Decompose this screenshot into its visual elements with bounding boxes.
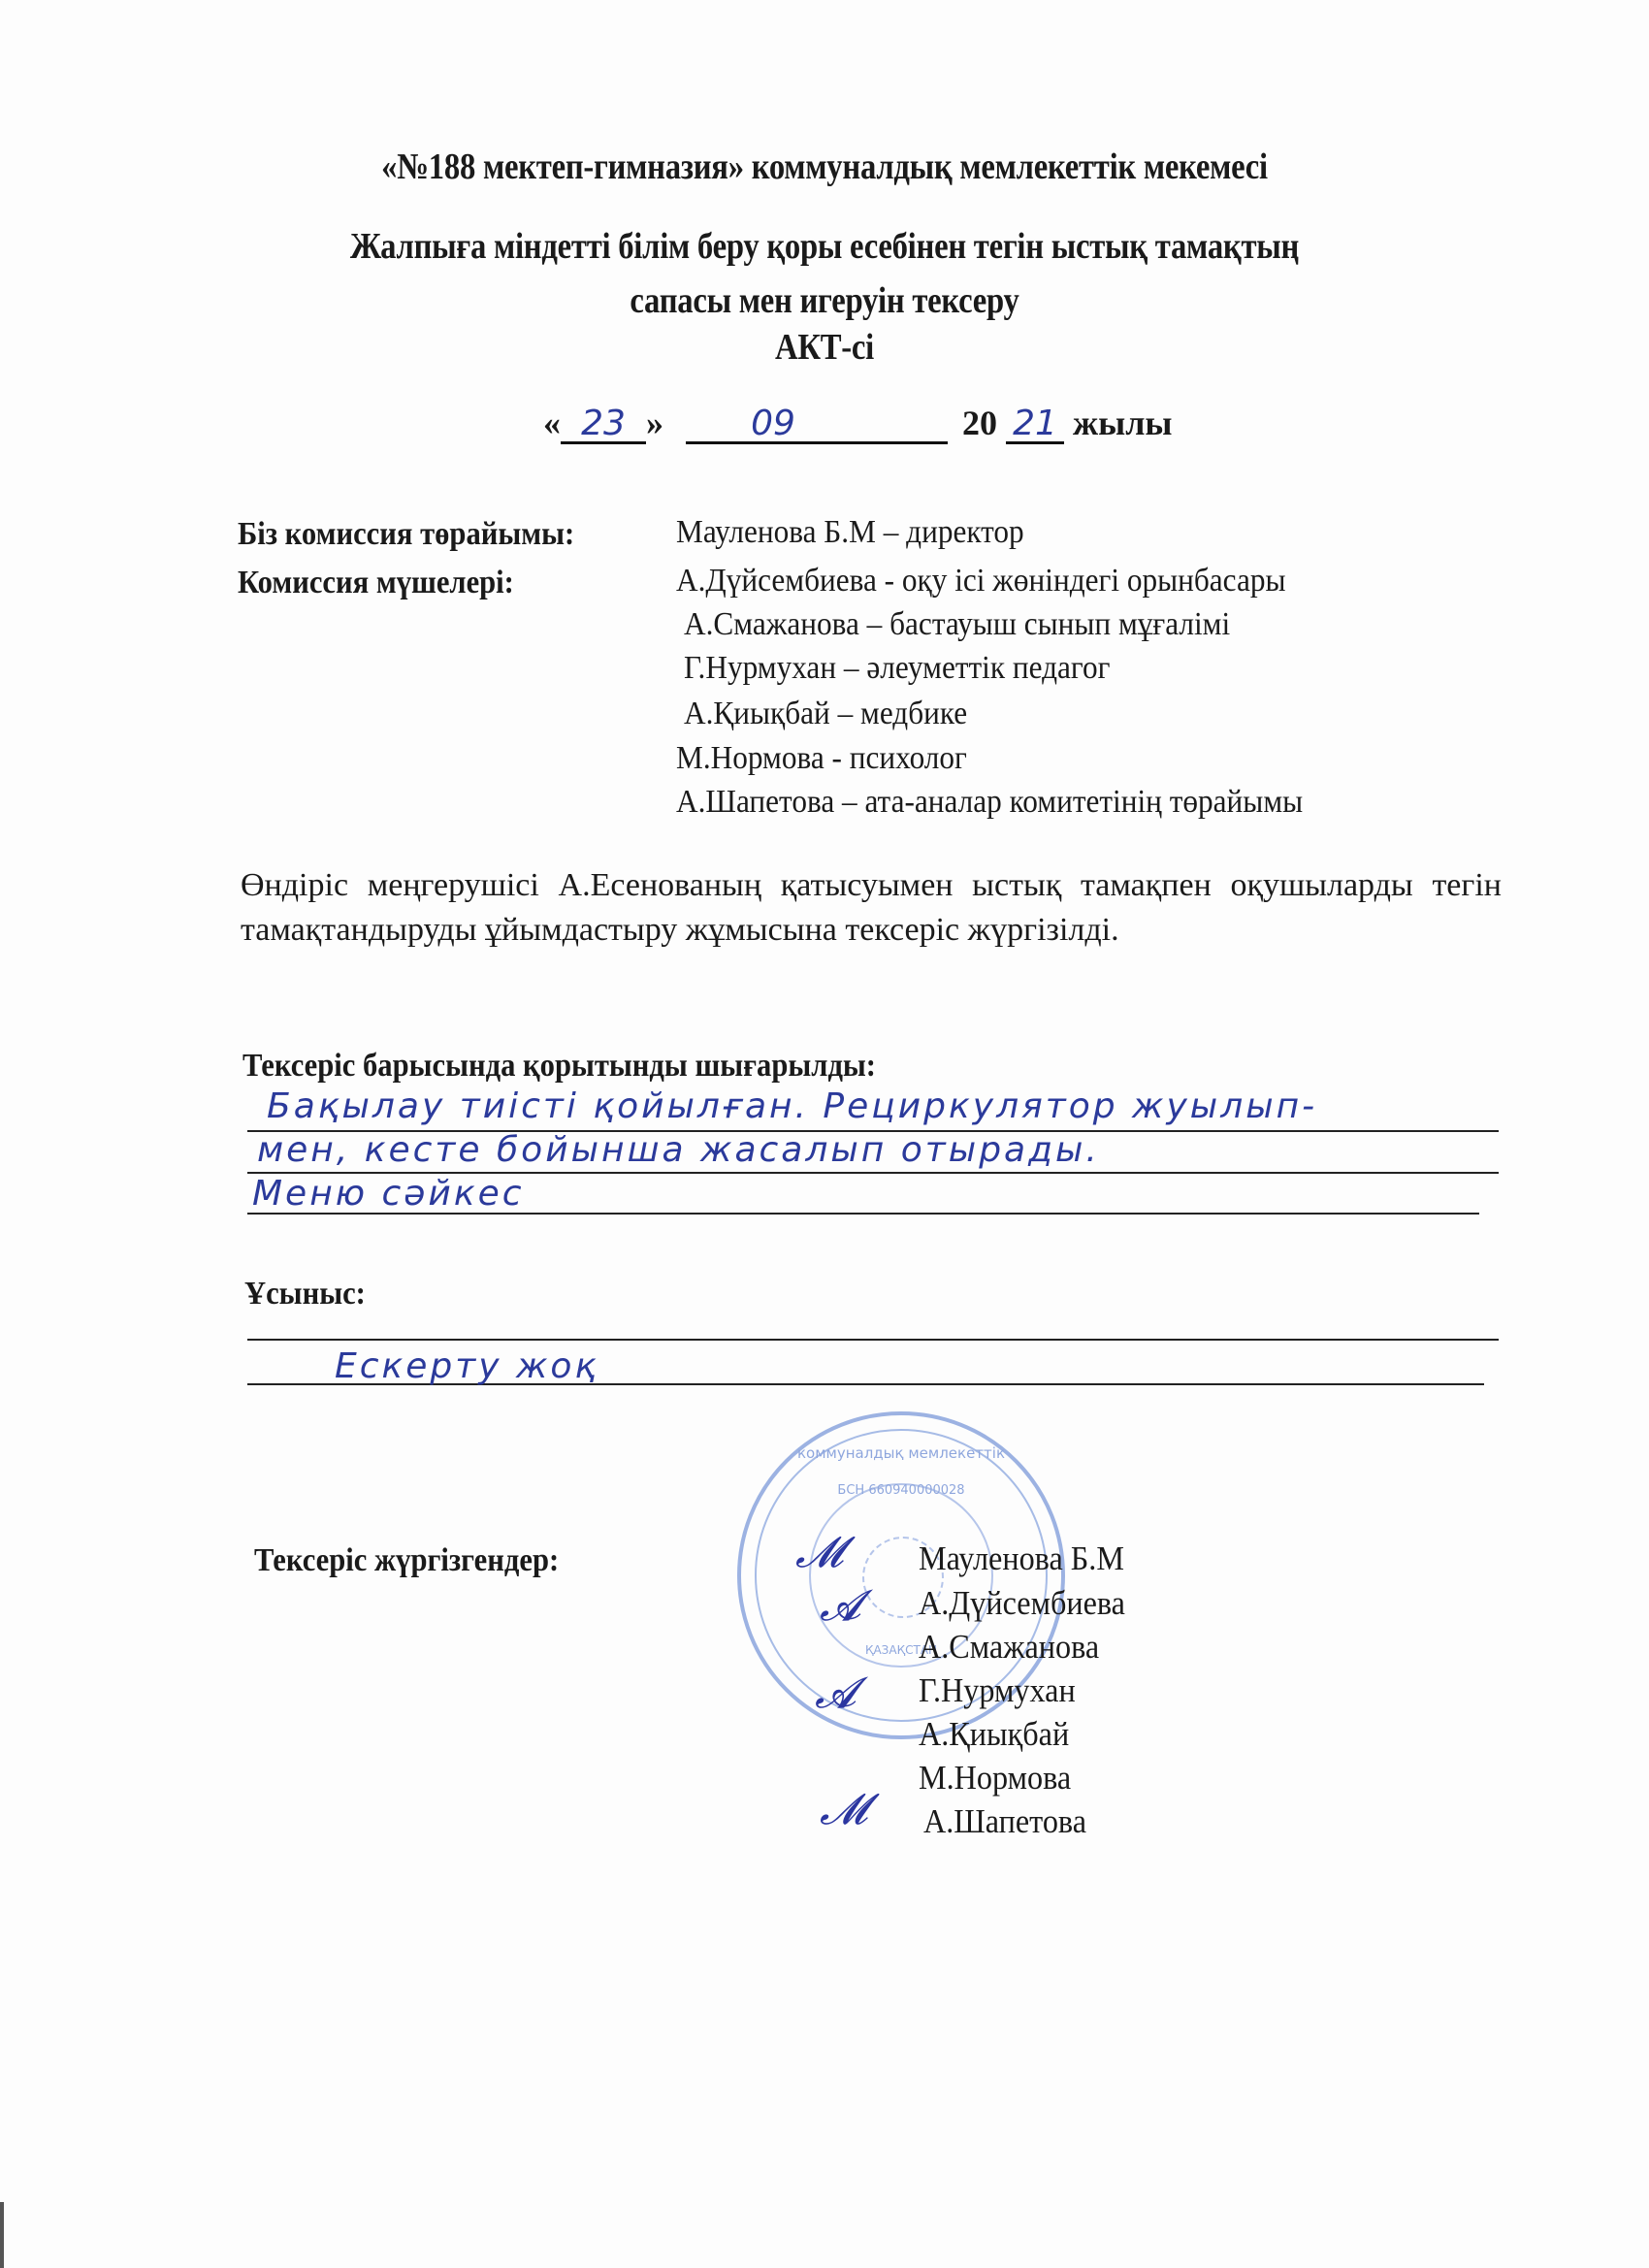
scan-edge-mark [0,2202,4,2268]
conclusion-handwriting-3: Меню сәйкес [252,1174,525,1214]
member-item: А.Дүйсембиева - оқу ісі жөніндегі орынба… [676,563,1285,599]
signature-mark: 𝓐 [820,1581,861,1631]
act-subtitle-line1: Жалпыға міндетті білім беру қоры есебіне… [115,225,1534,268]
member-item: М.Нормова - психолог [676,740,967,777]
act-subtitle-line2: сапасы мен игеруін тексеру [115,279,1534,322]
stamp-ring-text: коммуналдық мемлекеттік [741,1444,1061,1462]
date-day: 23 [581,404,626,443]
signatures-label: Тексеріс жүргізгендер: [254,1542,559,1579]
signer-item: А.Шапетова [923,1802,1086,1841]
member-item: А.Шапетова – ата-аналар комитетінің төра… [676,784,1303,821]
recommendation-label: Ұсыныс: [244,1276,366,1312]
signature-mark: 𝓜 [820,1785,867,1834]
recommendation-rule-1 [247,1339,1499,1341]
act-doc-type: АКТ-сі [115,326,1534,369]
date-year-prefix: 20 [962,404,997,442]
date-close-quote: » [646,404,663,442]
member-item: А.Қиықбай – медбике [684,696,967,732]
signature-mark: 𝓜 [795,1528,843,1577]
date-year-field: 21 [1006,403,1064,444]
signer-item: А.Қиықбай [919,1715,1069,1754]
date-month-field: 09 [686,403,948,444]
chair-label: Біз комиссия төрайымы: [238,516,574,553]
signer-item: А.Дүйсембиева [919,1584,1125,1623]
conclusion-handwriting-1: Бақылау тиісті қойылған. Рециркулятор жу… [267,1086,1317,1126]
conclusion-handwriting-2: мен, кесте бойынша жасалып отырады. [257,1130,1100,1170]
signer-item: М.Нормова [919,1759,1071,1798]
date-line: «23» 09 20 21 жылы [543,403,1173,444]
institution-title: «№188 мектеп-гимназия» коммуналдық мемле… [115,146,1534,188]
signature-mark: 𝓐 [815,1669,857,1718]
stamp-bsn: БСН 660940000028 [741,1483,1061,1498]
signer-item: Мауленова Б.М [919,1539,1124,1578]
member-item: А.Смажанова – бастауыш сынып мұғалімі [684,606,1230,643]
recommendation-handwriting: Ескерту жоқ [335,1346,598,1386]
signer-item: А.Смажанова [919,1628,1099,1667]
member-item: Г.Нурмухан – әлеуметтік педагог [684,650,1110,687]
chair-value: Мауленова Б.М – директор [676,514,1024,551]
date-year-suffix: 21 [1013,404,1057,443]
date-open-quote: « [543,404,561,442]
signer-item: Г.Нурмухан [919,1671,1076,1710]
date-day-field: 23 [561,403,646,444]
date-year-word: жылы [1073,404,1173,442]
inspection-paragraph: Өндіріс меңгерушісі А.Есенованың қатысуы… [241,863,1502,953]
date-month: 09 [751,404,795,443]
conclusion-label: Тексеріс барысында қорытынды шығарылды: [242,1048,876,1085]
members-label: Комиссия мүшелері: [238,565,514,601]
